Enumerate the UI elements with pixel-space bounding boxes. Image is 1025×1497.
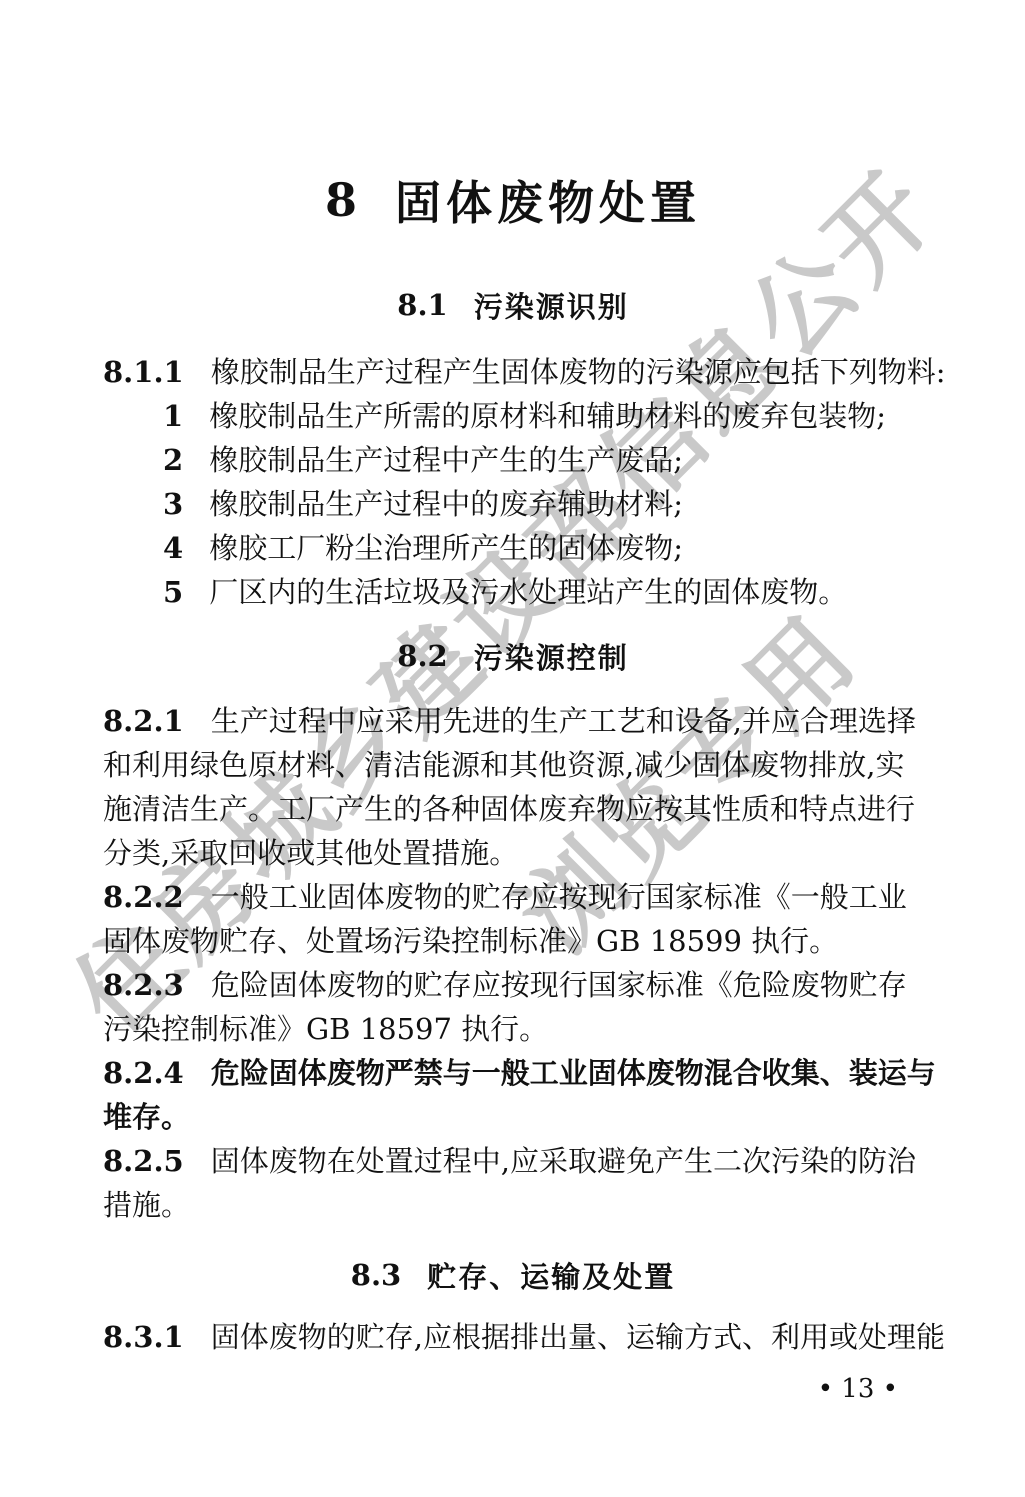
- section-title: 贮存、运输及处置: [427, 1255, 675, 1296]
- section-heading-8-3: 8.3 贮存、运输及处置: [103, 1259, 923, 1291]
- item-text: 橡胶工厂粉尘治理所产生的固体废物;: [209, 531, 683, 565]
- document-page: 8 固体废物处置 8.1 污染源识别 8.1.1橡胶制品生产过程产生固体废物的污…: [103, 0, 923, 1409]
- clause-number: 8.2.5: [103, 1139, 184, 1183]
- item-text: 橡胶制品生产过程中的废弃辅助材料;: [209, 487, 683, 521]
- section-number: 8.3: [351, 1258, 401, 1292]
- clause-number: 8.2.2: [103, 875, 184, 919]
- clause-text: 分类,采取回收或其他处置措施。: [103, 831, 923, 875]
- clause-text: 措施。: [103, 1183, 923, 1227]
- clause-number: 8.1.1: [103, 350, 184, 394]
- item-number: 1: [163, 394, 183, 438]
- chapter-number: 8: [325, 173, 357, 227]
- item-number: 4: [163, 526, 183, 570]
- clause-8-2-2: 8.2.2一般工业固体废物的贮存应按现行国家标准《一般工业 固体废物贮存、处置场…: [103, 875, 923, 963]
- clause-text: 固体废物在处置过程中,应采取避免产生二次污染的防治: [211, 1144, 916, 1178]
- clause-number: 8.2.1: [103, 699, 184, 743]
- item-number: 2: [163, 438, 183, 482]
- section-title: 污染源控制: [474, 636, 629, 677]
- clause-text: 施清洁生产。工厂产生的各种固体废弃物应按其性质和特点进行: [103, 787, 923, 831]
- clause-8-2-3: 8.2.3危险固体废物的贮存应按现行国家标准《危险废物贮存 污染控制标准》GB …: [103, 963, 923, 1051]
- clause-text: 和利用绿色原材料、清洁能源和其他资源,减少固体废物排放,实: [103, 743, 923, 787]
- chapter-title: 固体废物处置: [395, 167, 701, 233]
- clause-text: 固体废物的贮存,应根据排出量、运输方式、利用或处理能: [211, 1320, 945, 1354]
- clause-8-1-1: 8.1.1橡胶制品生产过程产生固体废物的污染源应包括下列物料:: [103, 350, 923, 394]
- page-number: • 13 •: [103, 1369, 923, 1409]
- item-text: 厂区内的生活垃圾及污水处理站产生的固体废物。: [209, 575, 847, 609]
- section-heading-8-1: 8.1 污染源识别: [103, 289, 923, 321]
- clause-number: 8.2.4: [103, 1051, 184, 1095]
- list-item-2: 2橡胶制品生产过程中产生的生产废品;: [103, 438, 923, 482]
- clause-text: 堆存。: [103, 1095, 923, 1139]
- clause-number: 8.2.3: [103, 963, 184, 1007]
- clause-text: 危险固体废物严禁与一般工业固体废物混合收集、装运与: [211, 1056, 936, 1090]
- item-number: 3: [163, 482, 183, 526]
- clause-text: 危险固体废物的贮存应按现行国家标准《危险废物贮存: [211, 968, 907, 1002]
- clause-text: 污染控制标准》GB 18597 执行。: [103, 1007, 923, 1051]
- list-item-3: 3橡胶制品生产过程中的废弃辅助材料;: [103, 482, 923, 526]
- clause-text: 一般工业固体废物的贮存应按现行国家标准《一般工业: [211, 880, 907, 914]
- item-text: 橡胶制品生产过程中产生的生产废品;: [209, 443, 683, 477]
- clause-8-2-5: 8.2.5固体废物在处置过程中,应采取避免产生二次污染的防治 措施。: [103, 1139, 923, 1227]
- chapter-heading: 8 固体废物处置: [103, 172, 923, 228]
- item-number: 5: [163, 570, 183, 614]
- section-heading-8-2: 8.2 污染源控制: [103, 640, 923, 672]
- section-number: 8.1: [397, 288, 447, 322]
- list-item-1: 1橡胶制品生产所需的原材料和辅助材料的废弃包装物;: [103, 394, 923, 438]
- clause-8-3-1: 8.3.1固体废物的贮存,应根据排出量、运输方式、利用或处理能: [103, 1315, 923, 1359]
- list-item-4: 4橡胶工厂粉尘治理所产生的固体废物;: [103, 526, 923, 570]
- clause-text: 固体废物贮存、处置场污染控制标准》GB 18599 执行。: [103, 919, 923, 963]
- clause-8-2-1: 8.2.1生产过程中应采用先进的生产工艺和设备,并应合理选择 和利用绿色原材料、…: [103, 699, 923, 875]
- section-number: 8.2: [397, 639, 447, 673]
- clause-number: 8.3.1: [103, 1315, 184, 1359]
- section-title: 污染源识别: [474, 285, 629, 326]
- clause-text: 生产过程中应采用先进的生产工艺和设备,并应合理选择: [211, 704, 916, 738]
- clause-8-2-4-mandatory: 8.2.4危险固体废物严禁与一般工业固体废物混合收集、装运与 堆存。: [103, 1051, 923, 1139]
- item-text: 橡胶制品生产所需的原材料和辅助材料的废弃包装物;: [209, 399, 886, 433]
- list-item-5: 5厂区内的生活垃圾及污水处理站产生的固体废物。: [103, 570, 923, 614]
- clause-text: 橡胶制品生产过程产生固体废物的污染源应包括下列物料:: [211, 355, 946, 389]
